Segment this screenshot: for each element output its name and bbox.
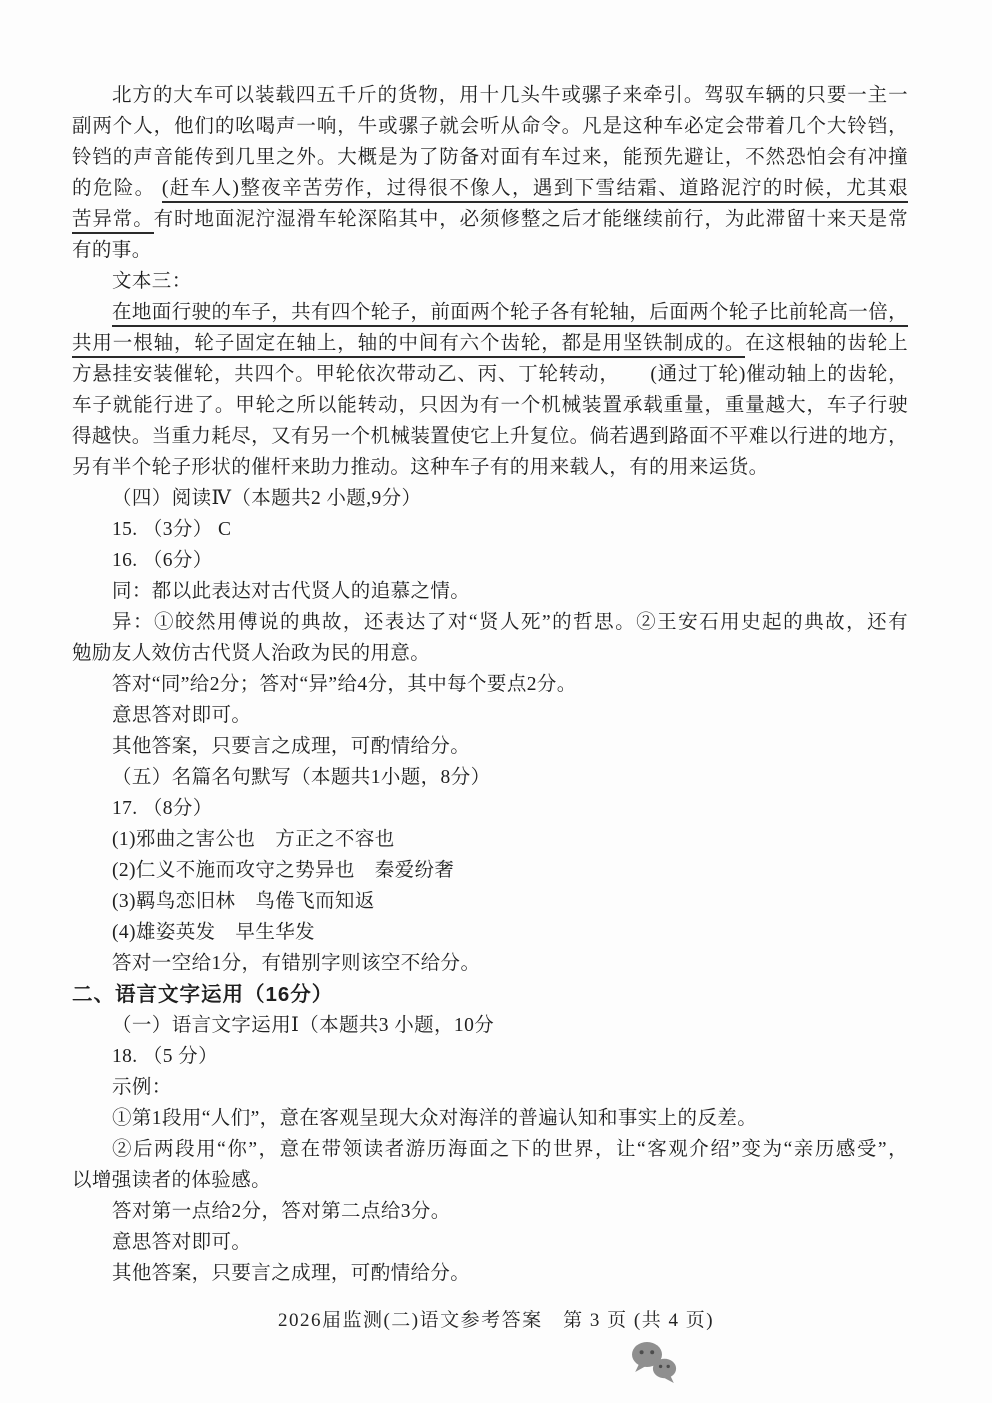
- text-line: 以增强读者的体验感。: [72, 1165, 908, 1196]
- text-line: 答对一空给1分，有错别字则该空不给分。: [72, 948, 908, 979]
- text-line: 同：都以此表达对古代贤人的追慕之情。: [72, 576, 908, 607]
- text-line: 另有半个轮子形状的催杆来助力推动。这种车子有的用来载人，有的用来运货。: [72, 452, 908, 483]
- text-line: 17. （8分）: [72, 793, 908, 824]
- underlined-segment: 苦异常。: [72, 209, 154, 234]
- text-line: (2)仁义不施而攻守之势异也 秦爱纷奢: [72, 855, 908, 886]
- text-line: 意思答对即可。: [72, 700, 908, 731]
- text-line: 副两个人，他们的吆喝声一响，牛或骡子就会听从命令。凡是这种车必定会带着几个大铃铛…: [72, 111, 908, 142]
- text-segment: （四）阅读Ⅳ（本题共2 小题,9分）: [112, 488, 421, 509]
- text-line: 车子就能行进了。甲轮之所以能转动，只因为有一个机械装置承载重量，重量越大，车子行…: [72, 390, 908, 421]
- text-segment: 其他答案，只要言之成理，可酌情给分。: [112, 1263, 470, 1284]
- text-line: 共用一根轴，轮子固定在轴上，轴的中间有六个齿轮，都是用坚铁制成的。在这根轴的齿轮…: [72, 328, 908, 359]
- answer-sheet-page: 北方的大车可以装载四五千斤的货物，用十几头牛或骡子来牵引。驾驭车辆的只要一主一副…: [0, 0, 992, 1403]
- text-segment: 勉励友人效仿古代贤人治政为民的用意。: [72, 643, 430, 664]
- text-line: (3)羁鸟恋旧林 鸟倦飞而知返: [72, 886, 908, 917]
- text-segment: 二、语言文字运用（16分）: [72, 983, 333, 1006]
- text-segment: 以增强读者的体验感。: [72, 1170, 271, 1191]
- text-segment: 有的事。: [72, 240, 152, 261]
- text-line: 在地面行驶的车子，共有四个轮子，前面两个轮子各有轮轴，后面两个轮子比前轮高一倍，: [72, 297, 908, 328]
- text-segment: (4)雄姿英发 早生华发: [112, 922, 315, 943]
- text-segment: 有时地面泥泞湿滑车轮深陷其中，必须修整之后才能继续前行，为此滞留十来天是常: [154, 209, 908, 230]
- text-line: （五）名篇名句默写（本题共1小题，8分）: [72, 762, 908, 793]
- text-segment: 答对第一点给2分，答对第二点给3分。: [112, 1201, 451, 1222]
- wechat-icon: [628, 1340, 680, 1388]
- text-segment: (2)仁义不施而攻守之势异也 秦爱纷奢: [112, 860, 454, 881]
- section-heading: 二、语言文字运用（16分）: [72, 979, 908, 1010]
- text-segment: 方悬挂安装催轮，共四个。甲轮依次带动乙、丙、丁轮转动， (通过丁轮)催动轴上的齿…: [72, 364, 908, 385]
- text-line: ①第1段用“人们”，意在客观呈现大众对海洋的普遍认知和事实上的反差。: [72, 1103, 908, 1134]
- text-segment: 答对“同”给2分；答对“异”给4分，其中每个要点2分。: [112, 674, 577, 695]
- document-lines: 北方的大车可以装载四五千斤的货物，用十几头牛或骡子来牵引。驾驭车辆的只要一主一副…: [0, 0, 992, 1289]
- text-line: （四）阅读Ⅳ（本题共2 小题,9分）: [72, 483, 908, 514]
- text-segment: 同：都以此表达对古代贤人的追慕之情。: [112, 581, 470, 602]
- text-line: 有的事。: [72, 235, 908, 266]
- text-line: ②后两段用“你”，意在带领读者游历海面之下的世界，让“客观介绍”变为“亲历感受”…: [72, 1134, 908, 1165]
- text-segment: (3)羁鸟恋旧林 鸟倦飞而知返: [112, 891, 375, 912]
- text-line: 方悬挂安装催轮，共四个。甲轮依次带动乙、丙、丁轮转动， (通过丁轮)催动轴上的齿…: [72, 359, 908, 390]
- text-line: 的危险。 (赶车人)整夜辛苦劳作，过得很不像人，遇到下雪结霜、道路泥泞的时候，尤…: [72, 173, 908, 204]
- text-segment: 其他答案，只要言之成理，可酌情给分。: [112, 736, 470, 757]
- text-segment: （一）语言文字运用Ⅰ（本题共3 小题，10分: [112, 1015, 494, 1036]
- text-segment: 得越快。当重力耗尽，又有另一个机械装置使它上升复位。倘若遇到路面不平难以行进的地…: [72, 426, 908, 447]
- text-segment: 的危险。: [72, 178, 162, 199]
- text-segment: 车子就能行进了。甲轮之所以能转动，只因为有一个机械装置承载重量，重量越大，车子行…: [72, 395, 908, 416]
- underlined-segment: (赶车人)整夜辛苦劳作，过得很不像人，遇到下雪结霜、道路泥泞的时候，尤其艰: [162, 178, 908, 203]
- footer-page-label: 2026届监测(二)语文参考答案 第 3 页 (共 4 页): [278, 1310, 714, 1331]
- text-line: 异：①皎然用傅说的典故，还表达了对“贤人死”的哲思。②王安石用史起的典故，还有: [72, 607, 908, 638]
- text-segment: 另有半个轮子形状的催杆来助力推动。这种车子有的用来载人，有的用来运货。: [72, 457, 769, 478]
- text-line: 勉励友人效仿古代贤人治政为民的用意。: [72, 638, 908, 669]
- text-line: 得越快。当重力耗尽，又有另一个机械装置使它上升复位。倘若遇到路面不平难以行进的地…: [72, 421, 908, 452]
- text-segment: 意思答对即可。: [112, 705, 251, 726]
- text-line: 18. （5 分）: [72, 1041, 908, 1072]
- text-segment: 在这根轴的齿轮上: [745, 333, 908, 354]
- text-line: (1)邪曲之害公也 方正之不容也: [72, 824, 908, 855]
- text-segment: 北方的大车可以装载四五千斤的货物，用十几头牛或骡子来牵引。驾驭车辆的只要一主一: [112, 85, 908, 106]
- text-segment: 异：①皎然用傅说的典故，还表达了对“贤人死”的哲思。②王安石用史起的典故，还有: [112, 612, 908, 633]
- text-segment: 17. （8分）: [112, 798, 213, 819]
- text-line: 答对第一点给2分，答对第二点给3分。: [72, 1196, 908, 1227]
- text-line: 苦异常。有时地面泥泞湿滑车轮深陷其中，必须修整之后才能继续前行，为此滞留十来天是…: [72, 204, 908, 235]
- underlined-segment: 在地面行驶的车子，共有四个轮子，前面两个轮子各有轮轴，后面两个轮子比前轮高一倍，: [112, 302, 908, 327]
- text-segment: 15. （3分） C: [112, 519, 231, 540]
- text-line: 铃铛的声音能传到几里之外。大概是为了防备对面有车过来，能预先避让，不然恐怕会有冲…: [72, 142, 908, 173]
- text-line: 其他答案，只要言之成理，可酌情给分。: [72, 731, 908, 762]
- text-line: 北方的大车可以装载四五千斤的货物，用十几头牛或骡子来牵引。驾驭车辆的只要一主一: [72, 80, 908, 111]
- text-segment: 答对一空给1分，有错别字则该空不给分。: [112, 953, 480, 974]
- text-segment: ②后两段用“你”，意在带领读者游历海面之下的世界，让“客观介绍”变为“亲历感受”…: [112, 1139, 908, 1160]
- text-line: 意思答对即可。: [72, 1227, 908, 1258]
- text-segment: (1)邪曲之害公也 方正之不容也: [112, 829, 395, 850]
- text-segment: 意思答对即可。: [112, 1232, 251, 1253]
- text-segment: 副两个人，他们的吆喝声一响，牛或骡子就会听从命令。凡是这种车必定会带着几个大铃铛…: [72, 116, 908, 137]
- text-segment: 示例：: [112, 1077, 172, 1098]
- page-footer: 2026届监测(二)语文参考答案 第 3 页 (共 4 页): [0, 1305, 992, 1332]
- text-segment: 18. （5 分）: [112, 1046, 218, 1067]
- text-line: 15. （3分） C: [72, 514, 908, 545]
- text-segment: 铃铛的声音能传到几里之外。大概是为了防备对面有车过来，能预先避让，不然恐怕会有冲…: [72, 147, 908, 168]
- text-line: 答对“同”给2分；答对“异”给4分，其中每个要点2分。: [72, 669, 908, 700]
- text-line: 文本三：: [72, 266, 908, 297]
- text-line: 16. （6分）: [72, 545, 908, 576]
- text-segment: 16. （6分）: [112, 550, 213, 571]
- text-segment: （五）名篇名句默写（本题共1小题，8分）: [112, 767, 491, 788]
- text-segment: ①第1段用“人们”，意在客观呈现大众对海洋的普遍认知和事实上的反差。: [112, 1108, 757, 1129]
- text-line: 其他答案，只要言之成理，可酌情给分。: [72, 1258, 908, 1289]
- text-line: 示例：: [72, 1072, 908, 1103]
- text-segment: 文本三：: [112, 271, 192, 292]
- text-line: (4)雄姿英发 早生华发: [72, 917, 908, 948]
- text-line: （一）语言文字运用Ⅰ（本题共3 小题，10分: [72, 1010, 908, 1041]
- underlined-segment: 共用一根轴，轮子固定在轴上，轴的中间有六个齿轮，都是用坚铁制成的。: [72, 333, 745, 358]
